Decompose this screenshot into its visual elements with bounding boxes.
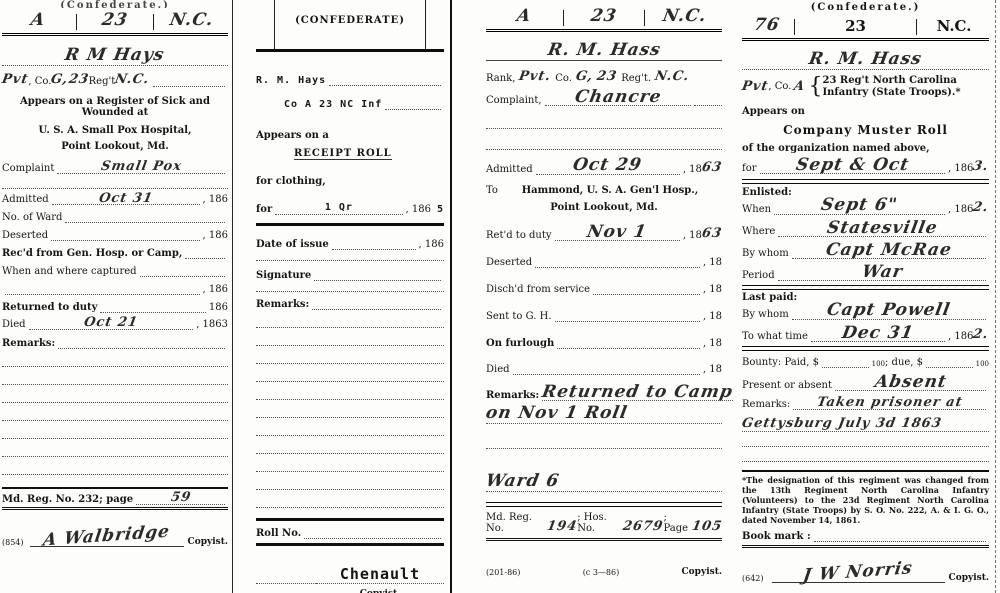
- card4-remarks-line2: Gettysburg July 3d 1863: [741, 416, 943, 431]
- card4-rank: Pvt: [741, 79, 770, 94]
- card4-for-value: Sept & Oct: [794, 158, 910, 173]
- row-label: Remarks:: [486, 390, 539, 401]
- card3-regiment-number: 23: [589, 6, 618, 26]
- heavy-rule: [256, 49, 444, 52]
- dotted-line: [100, 301, 206, 313]
- regt-label: Reg't: [89, 76, 116, 87]
- card4-signature-row: (642) J W Norris Copyist.: [742, 562, 989, 583]
- row-year: , 18: [683, 164, 702, 175]
- row-label: By whom: [742, 248, 789, 259]
- form-row: Deserted , 186: [2, 229, 228, 241]
- card4-bywhom: Capt McRae: [825, 243, 953, 258]
- card3-remarks-row: Remarks: Returned to Camp: [486, 385, 722, 401]
- card3-unit-state: N.C.: [654, 69, 691, 84]
- row-label: Ret'd to duty: [486, 230, 552, 241]
- form-row: On furlough , 18: [486, 337, 722, 349]
- card1-print-code: (854): [2, 538, 24, 547]
- row-year: , 18: [703, 338, 722, 349]
- row-label: To what time: [742, 331, 808, 342]
- card2-copyist-label: Copyist.: [316, 589, 444, 593]
- row-label: for: [256, 204, 272, 215]
- dotted-line: [694, 95, 722, 106]
- row-label: On furlough: [486, 338, 554, 349]
- card2-unit-row: Co A 23 NC Inf: [256, 98, 444, 110]
- card4-for-row: for Sept & Oct , 186 3.: [742, 158, 989, 174]
- dotted-line: [256, 328, 444, 346]
- dotted-line: [256, 454, 444, 472]
- card2-remarks-row: Remarks:: [256, 298, 444, 310]
- row-label: Sent to G. H.: [486, 311, 552, 322]
- card4-bywhom-row: By whom Capt McRae: [742, 243, 989, 259]
- row-year: 186: [209, 302, 228, 313]
- dotted-line: [513, 363, 700, 375]
- card4-for-year-hw: 3.: [972, 159, 990, 174]
- dotted-line: [256, 364, 444, 382]
- row-value-handwritten: Nov 1: [586, 225, 648, 240]
- dotted-line: [185, 247, 225, 259]
- form-row: When and where captured: [2, 265, 228, 277]
- row-value-handwritten: Oct 21: [83, 317, 139, 329]
- dotted-line: [2, 349, 228, 367]
- row-year: , 1863: [196, 319, 228, 330]
- row-label: Disch'd from service: [486, 284, 590, 295]
- dotted-line: [256, 472, 444, 490]
- form-row: Rec'd from Gen. Hosp. or Camp,: [2, 247, 228, 259]
- row-year: , 18: [703, 284, 722, 295]
- row-label: Remarks:: [2, 338, 55, 349]
- row-year: , 186: [203, 284, 228, 295]
- card4-remarks-line1: Taken prisoner at: [816, 397, 964, 409]
- dotted-line: [329, 74, 441, 86]
- card3-ward: Ward 6: [484, 471, 561, 491]
- dotted-line: [256, 281, 444, 292]
- card3-ward-row: Ward 6: [486, 471, 722, 492]
- card3-admitted-row: Admitted Oct 29 , 18 63: [486, 158, 722, 174]
- card3-regt-num: 23: [596, 69, 619, 84]
- card3-state: N.C.: [661, 6, 708, 26]
- dotted-line: [822, 356, 869, 368]
- co-label: , Co.: [768, 81, 791, 92]
- card4-towhattime-year-hw: 2.: [972, 327, 990, 342]
- dotted-line: [312, 298, 441, 310]
- card2-unit: Co A 23 NC Inf: [284, 99, 382, 110]
- card1-hospital-place: Point Lookout, Md.: [2, 141, 228, 152]
- card4-muster-title: Company Muster Roll: [742, 123, 989, 137]
- dotted-line: [555, 310, 700, 322]
- dotted-line: [926, 356, 973, 368]
- card3-rank: Pvt.: [518, 69, 553, 84]
- card4-remarks-row: Remarks: Taken prisoner at: [742, 397, 989, 410]
- form-row: Deserted , 18: [486, 256, 722, 268]
- row-label: When and where captured: [2, 266, 137, 277]
- row-label: Admitted: [2, 194, 49, 205]
- card4-copyist-label: Copyist.: [949, 573, 989, 583]
- row-year-hw: 63: [701, 226, 724, 241]
- dotted-line: [593, 283, 700, 295]
- card4-when-year-hw: 2.: [972, 200, 990, 215]
- row-year: , 186: [948, 331, 973, 342]
- brace-glyph: {: [808, 74, 822, 99]
- md-reg-page-handwritten: 59: [169, 492, 191, 504]
- dotted-line: [557, 337, 700, 349]
- card3-soldier-name: R. M. Hass: [486, 40, 722, 61]
- dotted-line: [2, 367, 228, 385]
- card3-copyist-label: Copyist.: [682, 567, 722, 577]
- dotted-line: [256, 490, 444, 508]
- row-label: Roll No.: [256, 528, 301, 539]
- card4-remarks-line2-row: Gettysburg July 3d 1863: [742, 412, 989, 432]
- card4-unit-row: Pvt , Co. A { 23 Reg't North Carolina In…: [742, 74, 989, 99]
- card3-md-reg-no: 194: [546, 519, 579, 534]
- row-label: Rec'd from Gen. Hosp. or Camp,: [2, 248, 182, 259]
- dotted-line: [535, 256, 700, 268]
- row-year: , 18: [703, 364, 722, 375]
- card1-regiment-number: 23: [100, 10, 129, 30]
- card3-co: G,: [575, 69, 595, 84]
- dotted-line: [2, 439, 228, 457]
- row-label: Date of issue: [256, 239, 329, 250]
- row-year: , 186: [419, 239, 444, 250]
- row-label: Present or absent: [742, 380, 832, 391]
- card2-date-issue-row: Date of issue , 186: [256, 238, 444, 250]
- card-hammond-hospital: A 23 N.C. R. M. Hass Rank, Pvt. Co. G, 2…: [478, 0, 730, 593]
- card1-company: A: [29, 10, 47, 30]
- co-label: Co.: [555, 73, 572, 84]
- dotted-line: [2, 385, 228, 403]
- card3-company: A: [515, 6, 533, 26]
- card1-rank: Pvt: [1, 72, 30, 87]
- card2-for-value: 1 Qr: [325, 202, 353, 213]
- row-year: , 186: [948, 204, 973, 215]
- divider: [916, 19, 917, 35]
- divider: [563, 10, 564, 26]
- card4-bywhom2: Capt Powell: [826, 303, 952, 318]
- md-reg-label: Md. Reg. No.: [486, 512, 547, 534]
- row-year: , 186: [948, 163, 973, 174]
- row-year: , 186: [203, 230, 228, 241]
- form-row: Disch'd from service , 18: [486, 283, 722, 295]
- row-label: By whom: [742, 309, 789, 320]
- card1-soldier-name: R M Hays: [2, 45, 228, 66]
- card4-bookmark-row: Book mark :: [742, 530, 989, 548]
- card3-hospital-place: Point Lookout, Md.: [486, 202, 722, 213]
- dotted-line: [5, 283, 200, 295]
- row-label: Died: [486, 364, 510, 375]
- form-row: , 186: [2, 283, 228, 295]
- dotted-line: [486, 106, 722, 129]
- dotted-line: [256, 310, 444, 328]
- card1-md-reg-row: Md. Reg. No. 232; page 59: [2, 487, 228, 510]
- co-label: , Co.: [28, 76, 51, 87]
- row-value-handwritten: Oct 31: [98, 193, 154, 205]
- row-year: , 186: [203, 194, 228, 205]
- card2-for-row: for 1 Qr , 186 5: [256, 203, 444, 215]
- form-row: Sent to G. H. , 18: [486, 310, 722, 322]
- card-receipt-roll: (CONFEDERATE) R. M. Hays Co A 23 NC Inf …: [252, 0, 452, 593]
- card3-hos-no: 2679: [622, 519, 665, 534]
- card3-admitted-year-hw: 63: [701, 160, 724, 175]
- dotted-line: [65, 211, 225, 223]
- dotted-line: [304, 527, 441, 539]
- row-label: Remarks:: [742, 399, 790, 410]
- bounty-label: Bounty: Paid, $: [742, 357, 819, 368]
- card2-soldier-name: R. M. Hays: [256, 75, 326, 86]
- divider: [76, 14, 77, 30]
- card3-hospital-name: Hammond, U. S. A. Gen'l Hosp.,: [498, 185, 722, 196]
- card4-towhattime: Dec 31: [841, 326, 915, 341]
- row-year: , 18: [683, 230, 702, 241]
- row-year: , 18: [703, 311, 722, 322]
- page-label: ; Page: [663, 512, 691, 534]
- card3-md-reg-row: Md. Reg. No. 194 ; Hos. No. 2679 ; Page …: [486, 512, 722, 541]
- card4-present-row: Present or absent Absent: [742, 375, 989, 391]
- card2-name-row: R. M. Hays: [256, 74, 444, 86]
- scanned-service-record-sheet: (Confederate.) A 23 N.C. R M Hays Pvt , …: [0, 0, 1000, 593]
- card4-towhattime-row: To what time Dec 31 , 186 2.: [742, 326, 989, 342]
- dotted-line: [256, 418, 444, 436]
- card3-footer-row: (201-86) (c 3—86) Copyist.: [486, 567, 722, 577]
- divider: [794, 19, 795, 35]
- dotted-line: [256, 400, 444, 418]
- form-row: Returned to duty 186: [2, 301, 228, 313]
- hos-label: ; Hos. No.: [577, 512, 623, 534]
- dotted-line: [2, 421, 228, 439]
- row-label: for: [742, 163, 757, 174]
- row-label: Returned to duty: [2, 302, 97, 313]
- double-rule: [486, 502, 722, 507]
- card2-banner-box: (CONFEDERATE): [274, 0, 426, 49]
- card4-appears-line: Appears on: [742, 106, 989, 117]
- row-label: No. of Ward: [2, 212, 62, 223]
- card4-unit-desc: 23 Reg't North Carolina Infantry (State …: [822, 75, 989, 98]
- card3-remarks-line1: Returned to Camp: [541, 385, 734, 400]
- form-row: Complaint Small Pox: [2, 161, 228, 174]
- row-label: Died: [2, 319, 26, 330]
- double-rule: [742, 179, 989, 184]
- dotted-line: [140, 265, 225, 277]
- bounty-fraction: 100: [872, 360, 885, 368]
- divider: [153, 14, 154, 30]
- card1-signature-row: (854) A Walbridge Copyist.: [2, 526, 228, 547]
- row-label: Deserted: [486, 257, 532, 268]
- heavy-rule: [742, 470, 989, 472]
- double-rule: [742, 346, 989, 351]
- dotted-line: [256, 250, 444, 261]
- card1-header-row: A 23 N.C.: [2, 8, 228, 36]
- card1-hospital-name: U. S. A. Small Pox Hospital,: [2, 125, 228, 136]
- row-label: Period: [742, 270, 775, 281]
- dotted-line: [486, 424, 722, 449]
- card4-present: Absent: [873, 375, 947, 390]
- card4-period-row: Period War: [742, 265, 989, 281]
- row-label: Deserted: [2, 230, 48, 241]
- dotted-line: [814, 530, 986, 542]
- dotted-line: [256, 571, 316, 584]
- dotted-line: [332, 238, 416, 250]
- row-label: Complaint,: [486, 95, 542, 106]
- card4-period: War: [860, 265, 903, 280]
- dotted-line: [486, 129, 722, 150]
- card4-soldier-name: R. M. Hass: [742, 49, 989, 70]
- card1-appears-line: Appears on a Register of Sick and Wounde…: [2, 96, 228, 118]
- row-label: Remarks:: [256, 299, 309, 310]
- card1-banner: (Confederate.): [2, 0, 228, 8]
- card3-rank-row: Rank, Pvt. Co. G, 23 Reg't. N.C.: [486, 69, 722, 84]
- regt-label: Reg't.: [621, 73, 651, 84]
- form-row: Admitted Oct 31 , 186: [2, 193, 228, 206]
- card1-unit-state: N.C.: [114, 72, 151, 87]
- card4-org-line: of the organization named above,: [742, 143, 989, 154]
- row-label: Signature: [256, 270, 311, 281]
- card3-remarks-line2: on Nov 1 Roll: [484, 403, 629, 423]
- card2-signed-row: Chenault: [256, 564, 444, 584]
- card2-clothing-line: for clothing,: [256, 176, 444, 187]
- dotted-line: [2, 457, 228, 475]
- card3-to-row: To Hammond, U. S. A. Gen'l Hosp.,: [486, 185, 722, 196]
- dotted-line: [742, 447, 989, 462]
- form-row: Remarks:: [2, 337, 228, 349]
- dotted-line: [742, 432, 989, 447]
- dotted-line: [314, 269, 441, 281]
- divider: [644, 10, 645, 26]
- row-year: , 18: [703, 257, 722, 268]
- card3-admitted: Oct 29: [572, 158, 643, 173]
- card4-bywhom2-row: By whom Capt Powell: [742, 303, 989, 319]
- md-reg-label: Md. Reg. No. 232; page: [2, 494, 133, 505]
- bounty-fraction: 100: [976, 360, 989, 368]
- card3-print-code-2: (c 3—86): [583, 568, 620, 577]
- dotted-line: [256, 436, 444, 454]
- to-label: To: [486, 185, 498, 196]
- card4-where-row: Where Statesville: [742, 221, 989, 237]
- card4-state: N.C.: [937, 17, 972, 35]
- form-row: No. of Ward: [2, 211, 228, 223]
- bounty-due-label: ; due, $: [885, 357, 923, 368]
- card4-header-number: 76: [752, 15, 781, 35]
- dotted-line: [256, 382, 444, 400]
- dotted-line: [385, 98, 441, 110]
- card3-page-no: 105: [691, 519, 724, 534]
- card3-header-row: A 23 N.C.: [486, 4, 722, 32]
- card1-copyist-signature: A Walbridge: [42, 521, 172, 550]
- card3-complaint-row: Complaint, Chancre: [486, 90, 722, 106]
- row-label: Where: [742, 226, 775, 237]
- card2-appears-line: Appears on a: [256, 130, 444, 141]
- rank-label: Rank,: [486, 73, 515, 84]
- row-label: Complaint: [2, 163, 54, 174]
- card2-banner: (CONFEDERATE): [295, 15, 405, 26]
- card2-for-year-digit: 5: [437, 204, 444, 215]
- card3-complaint: Chancre: [573, 90, 662, 105]
- row-year: , 186: [406, 204, 431, 215]
- row-value-handwritten: Small Pox: [100, 161, 183, 173]
- form-row: Died Oct 21 , 1863: [2, 317, 228, 330]
- double-rule: [742, 285, 989, 290]
- dotted-line: [2, 403, 228, 421]
- card3-remarks-line2-row: on Nov 1 Roll: [486, 403, 722, 424]
- card4-co: A: [793, 79, 807, 94]
- form-row: Ret'd to duty Nov 1 , 18 63: [486, 225, 722, 241]
- card-company-muster-roll: (Confederate.) 76 23 N.C. R. M. Hass Pvt…: [738, 0, 996, 593]
- form-row: Died , 18: [486, 363, 722, 375]
- card-register-sick-wounded: (Confederate.) A 23 N.C. R M Hays Pvt , …: [0, 0, 233, 593]
- card4-banner: (Confederate.): [742, 2, 989, 13]
- card2-roll-no-row: Roll No.: [256, 527, 444, 546]
- card2-roll-title: RECEIPT ROLL: [294, 148, 392, 160]
- card4-when-row: When Sept 6" , 186 2.: [742, 198, 989, 214]
- card1-unit-line: Pvt , Co. G, 23 Reg't N.C.: [2, 72, 228, 87]
- card4-regiment-number: 23: [845, 17, 866, 35]
- heavy-rule: [256, 518, 444, 521]
- dotted-line: [2, 174, 228, 189]
- dotted-line: [153, 75, 225, 87]
- card3-print-code: (201-86): [486, 568, 520, 577]
- row-label: When: [742, 204, 771, 215]
- heavy-rule: [256, 223, 444, 226]
- dotted-line: [256, 346, 444, 364]
- card4-bounty-row: Bounty: Paid, $ 100 ; due, $ 100: [742, 356, 989, 368]
- dotted-line: [58, 337, 225, 349]
- card4-when: Sept 6": [820, 198, 899, 213]
- dotted-line: [51, 229, 199, 241]
- card4-header-row: 76 23 N.C.: [742, 13, 989, 41]
- card1-state: N.C.: [168, 10, 215, 30]
- card4-where: Statesville: [826, 221, 939, 236]
- row-label: Admitted: [486, 164, 533, 175]
- card1-copyist-label: Copyist.: [188, 537, 228, 547]
- card2-signature-row: Signature: [256, 269, 444, 281]
- card2-copyist-signature: Chenault: [340, 565, 420, 583]
- card4-copyist-signature: J W Norris: [802, 558, 914, 586]
- bookmark-label: Book mark :: [742, 531, 811, 542]
- card4-print-code: (642): [742, 574, 764, 583]
- card1-regt-num: 23: [67, 72, 90, 87]
- card4-footnote: *The designation of this regiment was ch…: [742, 475, 989, 525]
